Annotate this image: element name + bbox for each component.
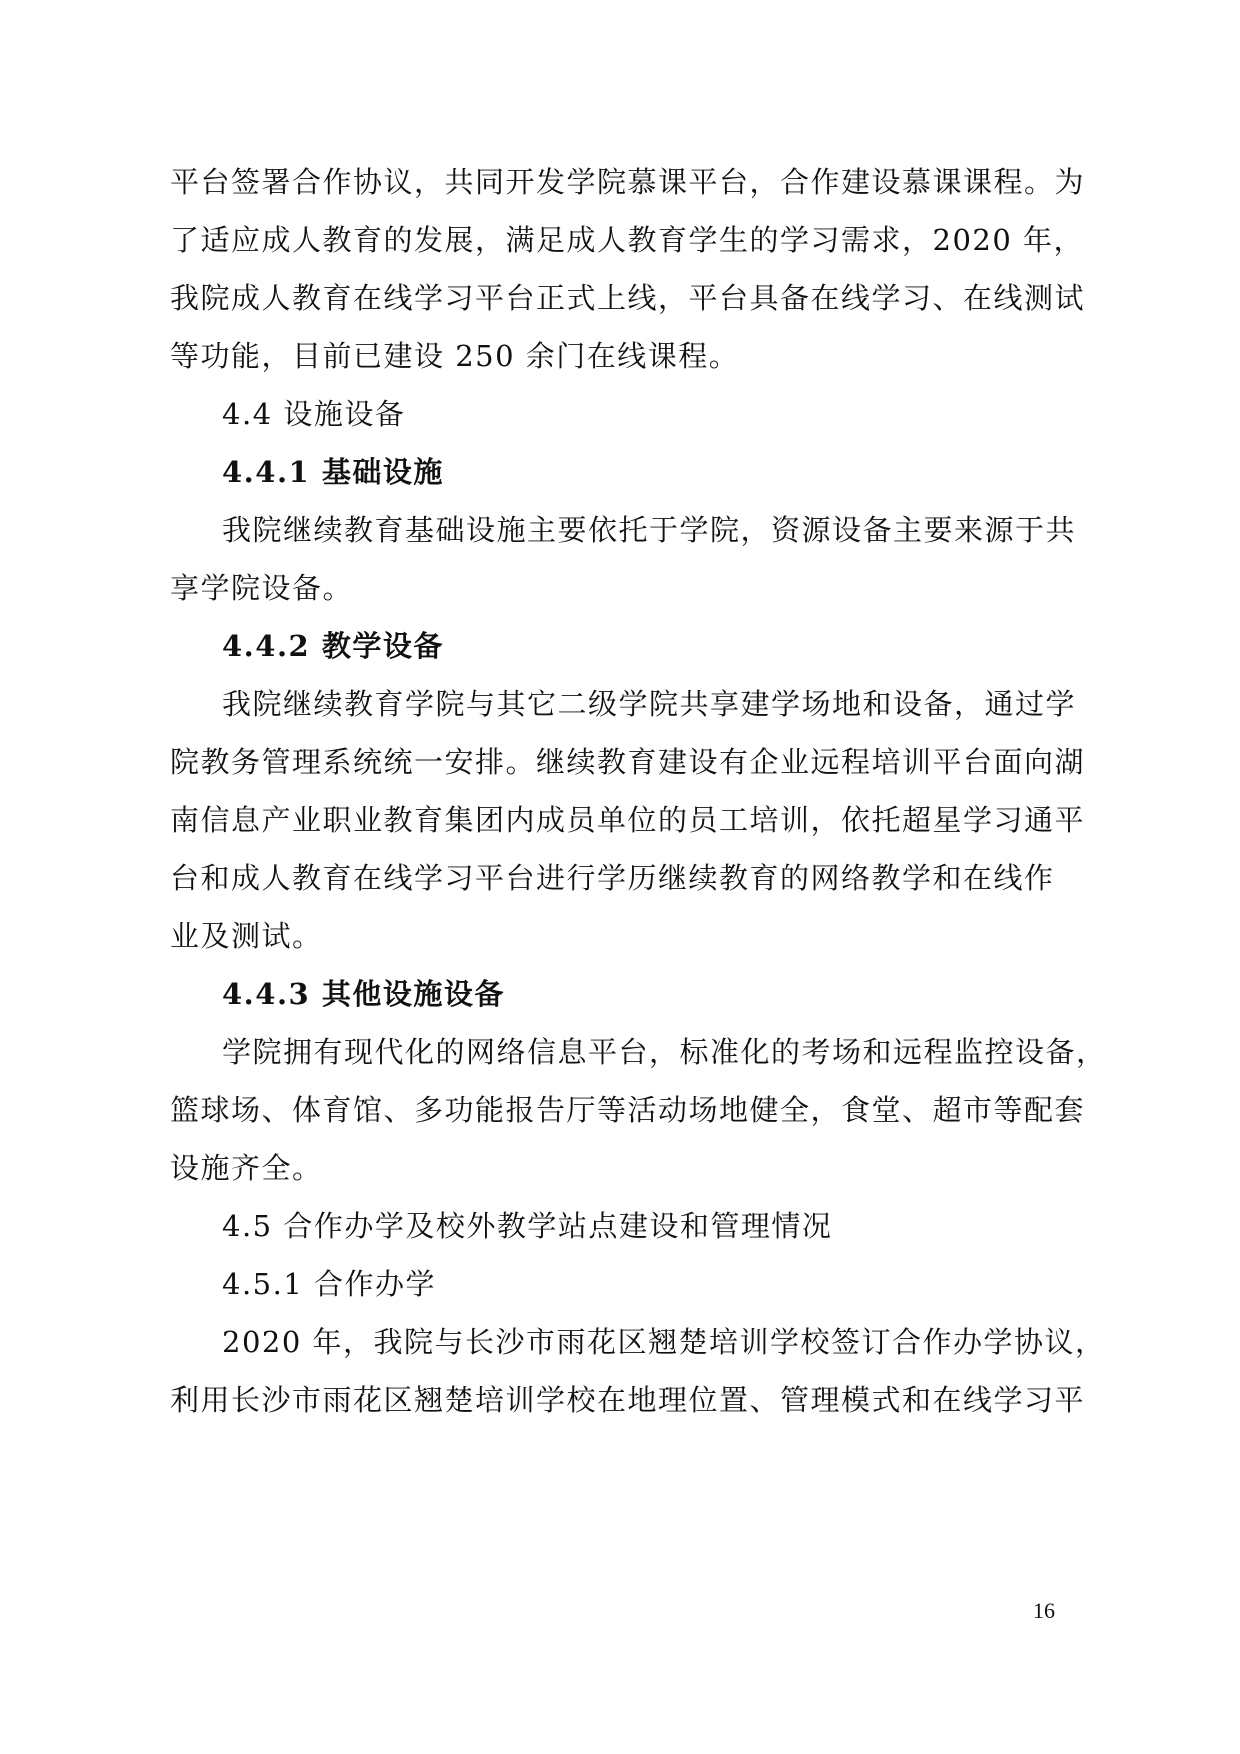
body-text-line: 我院继续教育基础设施主要依托于学院，资源设备主要来源于共 — [222, 510, 1002, 550]
body-text-line: 我院成人教育在线学习平台正式上线，平台具备在线学习、在线测试 — [170, 278, 950, 318]
body-text-line: 学院拥有现代化的网络信息平台，标准化的考场和远程监控设备， — [222, 1032, 1002, 1072]
body-text-line: 设施齐全。 — [170, 1148, 950, 1188]
body-text-line: 我院继续教育学院与其它二级学院共享建学场地和设备，通过学 — [222, 684, 1002, 724]
section-heading-4-4: 4.4 设施设备 — [222, 394, 1002, 434]
body-text-line: 篮球场、体育馆、多功能报告厅等活动场地健全，食堂、超市等配套 — [170, 1090, 950, 1130]
body-text-line: 享学院设备。 — [170, 568, 950, 608]
subsection-heading-4-4-2: 4.4.2 教学设备 — [222, 626, 1002, 666]
body-text-line: 2020 年，我院与长沙市雨花区翘楚培训学校签订合作办学协议， — [222, 1322, 1002, 1362]
page-number: 16 — [1033, 1598, 1055, 1624]
body-text-line: 了适应成人教育的发展，满足成人教育学生的学习需求，2020 年， — [170, 220, 950, 260]
body-text-line: 业及测试。 — [170, 916, 950, 956]
body-text-line: 等功能，目前已建设 250 余门在线课程。 — [170, 336, 950, 376]
body-text-line: 台和成人教育在线学习平台进行学历继续教育的网络教学和在线作 — [170, 858, 950, 898]
subsection-heading-4-4-3: 4.4.3 其他设施设备 — [222, 974, 1002, 1014]
body-text-line: 利用长沙市雨花区翘楚培训学校在地理位置、管理模式和在线学习平 — [170, 1380, 950, 1420]
section-heading-4-5: 4.5 合作办学及校外教学站点建设和管理情况 — [222, 1206, 1002, 1246]
document-page: 平台签署合作协议，共同开发学院慕课平台，合作建设慕课课程。为 了适应成人教育的发… — [0, 0, 1240, 1754]
body-text-line: 平台签署合作协议，共同开发学院慕课平台，合作建设慕课课程。为 — [170, 162, 950, 202]
body-text-line: 南信息产业职业教育集团内成员单位的员工培训，依托超星学习通平 — [170, 800, 950, 840]
subsection-heading-4-4-1: 4.4.1 基础设施 — [222, 452, 1002, 492]
subsection-heading-4-5-1: 4.5.1 合作办学 — [222, 1264, 1002, 1304]
body-text-line: 院教务管理系统统一安排。继续教育建设有企业远程培训平台面向湖 — [170, 742, 950, 782]
